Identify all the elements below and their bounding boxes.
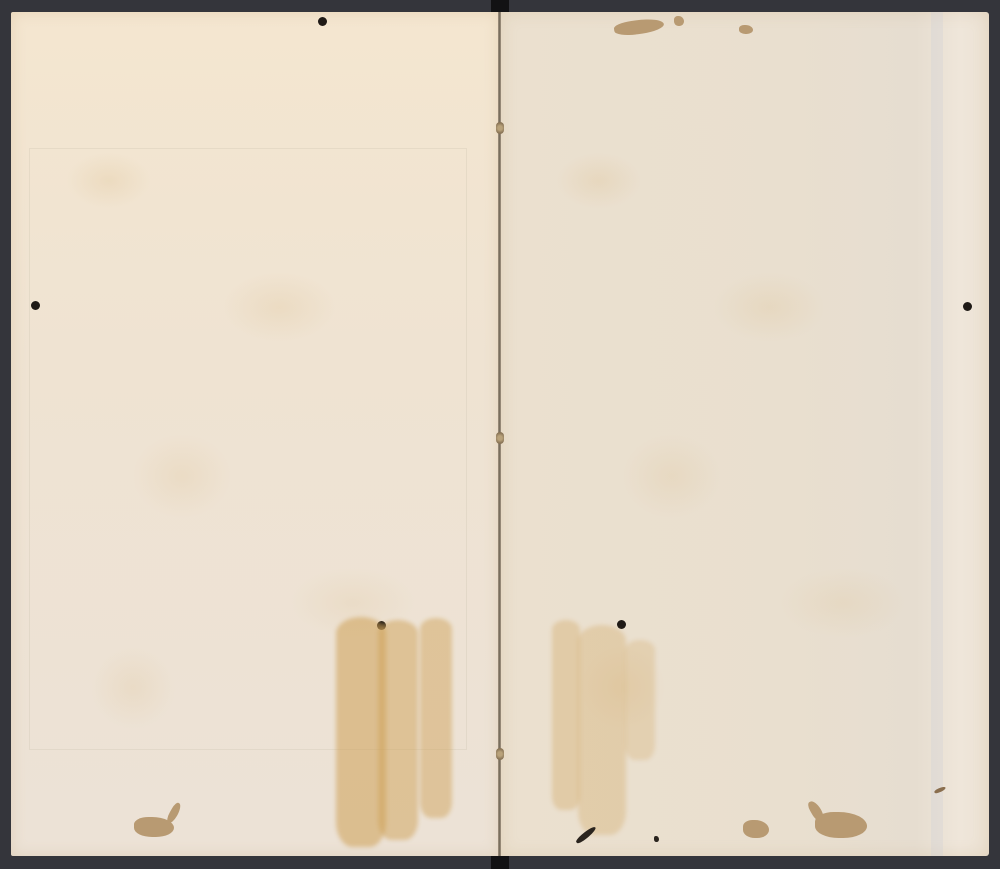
paper-band <box>931 12 943 856</box>
insect-damage <box>674 16 684 26</box>
binding-thread-knot <box>496 122 504 134</box>
water-stain <box>578 625 626 835</box>
spine-top-shadow <box>491 0 509 12</box>
binding-hole <box>31 301 40 310</box>
water-stain <box>552 620 580 810</box>
binding-thread-knot <box>496 432 504 444</box>
binding-hole <box>617 620 626 629</box>
insect-damage <box>743 820 769 838</box>
binding-thread-knot <box>496 748 504 760</box>
water-stain <box>378 620 418 840</box>
ink-mark <box>654 836 659 842</box>
binding-hole <box>318 17 327 26</box>
water-stain <box>625 640 655 760</box>
binding-hole <box>963 302 972 311</box>
spine-bottom-shadow <box>491 856 509 869</box>
water-stain <box>420 618 452 818</box>
insect-damage <box>739 25 753 34</box>
